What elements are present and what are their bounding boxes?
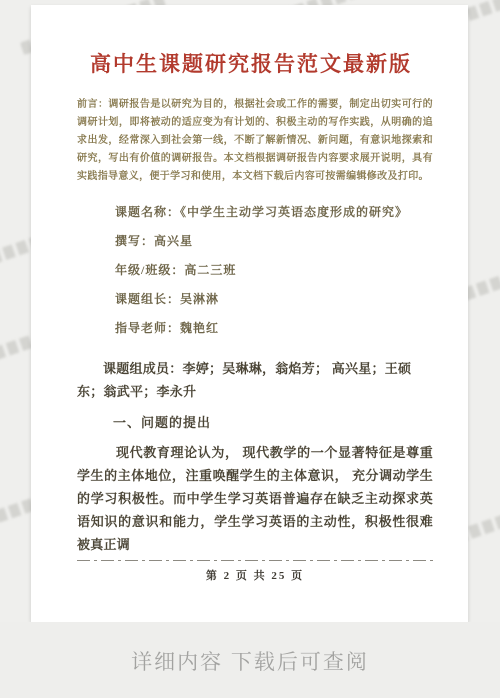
document-page: 高中生课题研究报告范文最新版 前言：调研报告是以研究为目的，根据社会或工作的需要… (31, 5, 468, 622)
info-line-topic-name: 课题名称：《中学生主动学习英语态度形成的研究》 (77, 198, 433, 227)
info-line-grade-class: 年级/班级：高二三班 (77, 256, 433, 285)
info-line-author: 撰写：高兴星 (77, 227, 433, 256)
bottom-caption: 详细内容 下载后可查阅 (0, 646, 500, 676)
page-number: 第 2 页 共 25 页 (77, 567, 433, 583)
info-line-advisor: 指导老师：魏艳红 (77, 314, 433, 343)
document-preview-stage: 高中生课题研究报告范文最新版 前言：调研报告是以研究为目的，根据社会或工作的需要… (0, 0, 500, 698)
body-paragraph: 现代教育理论认为， 现代教学的一个显著特征是尊重学生的主体地位，注重唤醒学生的主… (77, 441, 433, 556)
section-heading: 一、问题的提出 (77, 413, 433, 433)
bottom-strip: 详细内容 下载后可查阅 (0, 622, 500, 698)
preface-paragraph: 前言：调研报告是以研究为目的，根据社会或工作的需要，制定出切实可行的调研计划，即… (77, 96, 433, 186)
group-members-line: 课题组成员：李婷；吴琳琳，翁焰芳； 高兴星；王硕东；翁武平；李永升 (77, 357, 433, 403)
info-block: 课题名称：《中学生主动学习英语态度形成的研究》 撰写：高兴星 年级/班级：高二三… (77, 198, 433, 343)
document-title: 高中生课题研究报告范文最新版 (90, 49, 433, 79)
dash-dot-divider (77, 560, 433, 562)
info-line-group-leader: 课题组长：吴淋淋 (77, 285, 433, 314)
